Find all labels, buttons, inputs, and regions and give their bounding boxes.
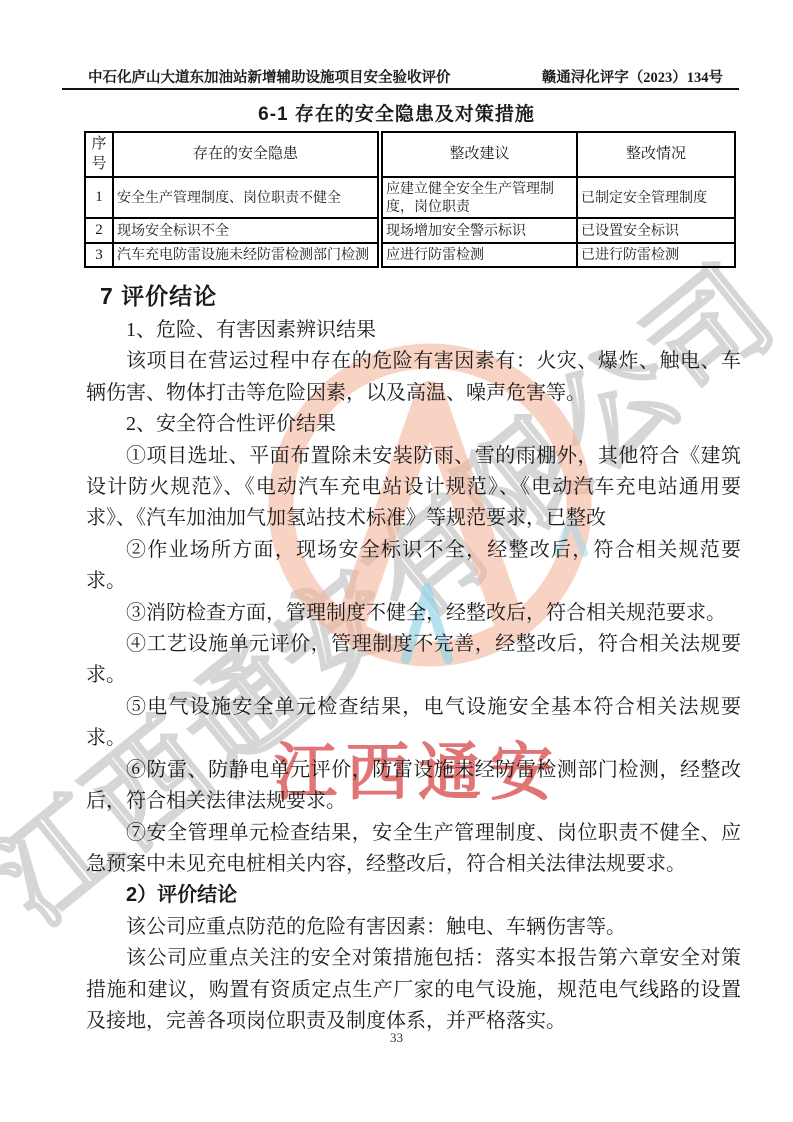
paragraph: 2）评价结论 xyxy=(86,880,741,911)
paragraph: ②作业场所方面，现场安全标识不全，经整改后，符合相关规范要求。 xyxy=(86,535,741,598)
col-header-index: 序号 xyxy=(85,132,113,177)
table-row: 3 汽车充电防雷设施未经防雷检测部门检测 应进行防雷检测 已进行防雷检测 xyxy=(85,243,735,267)
row-index: 2 xyxy=(85,218,113,242)
row-status: 已设置安全标识 xyxy=(577,218,735,242)
paragraph: 该公司应重点防范的危险有害因素：触电、车辆伤害等。 xyxy=(86,912,741,943)
table-row: 2 现场安全标识不全 现场增加安全警示标识 已设置安全标识 xyxy=(85,218,735,242)
row-status: 已进行防雷检测 xyxy=(577,243,735,267)
row-suggestion: 现场增加安全警示标识 xyxy=(380,218,577,242)
row-status: 已制定安全管理制度 xyxy=(577,177,735,219)
body-paragraphs: 1、危险、有害因素辨识结果该项目在营运过程中存在的危险有害因素有：火灾、爆炸、触… xyxy=(86,315,741,1037)
header-rule xyxy=(62,88,739,90)
paragraph: ③消防检查方面，管理制度不健全，经整改后，符合相关规范要求。 xyxy=(86,598,741,629)
col-header-hazard: 存在的安全隐患 xyxy=(113,132,380,177)
hazard-table: 序号 存在的安全隐患 整改建议 整改情况 1 安全生产管理制度、岗位职责不健全 … xyxy=(84,131,736,268)
page-header: 中石化庐山大道东加油站新增辅助设施项目安全验收评价 赣通浔化评字（2023）13… xyxy=(88,66,723,87)
paragraph: 2、安全符合性评价结果 xyxy=(86,409,741,440)
page-content: 中石化庐山大道东加油站新增辅助设施项目安全验收评价 赣通浔化评字（2023）13… xyxy=(0,0,793,1122)
row-hazard: 汽车充电防雷设施未经防雷检测部门检测 xyxy=(113,243,380,267)
header-right-doc-number: 赣通浔化评字（2023）134号 xyxy=(542,66,723,87)
col-header-suggestion: 整改建议 xyxy=(380,132,577,177)
document-page: 江西通安有限公司 江西通安 中石化庐山大道东加油站新增辅助设施项目安全验收评价 … xyxy=(0,0,793,1122)
paragraph: ⑥防雷、防静电单元评价，防雷设施未经防雷检测部门检测，经整改后，符合相关法律法规… xyxy=(86,755,741,818)
row-suggestion: 应建立健全安全生产管理制度，岗位职责 xyxy=(380,177,577,219)
row-hazard: 现场安全标识不全 xyxy=(113,218,380,242)
table-row: 1 安全生产管理制度、岗位职责不健全 应建立健全安全生产管理制度，岗位职责 已制… xyxy=(85,177,735,219)
paragraph: ①项目选址、平面布置除未安装防雨、雪的雨棚外，其他符合《建筑设计防火规范》、《电… xyxy=(86,441,741,535)
row-suggestion: 应进行防雷检测 xyxy=(380,243,577,267)
paragraph: 该项目在营运过程中存在的危险有害因素有：火灾、爆炸、触电、车辆伤害、物体打击等危… xyxy=(86,346,741,409)
section-heading: 7 评价结论 xyxy=(100,278,217,311)
page-number: 33 xyxy=(0,1030,793,1046)
paragraph: 该公司应重点关注的安全对策措施包括：落实本报告第六章安全对策措施和建议，购置有资… xyxy=(86,943,741,1037)
row-index: 1 xyxy=(85,177,113,219)
paragraph: ⑦安全管理单元检查结果，安全生产管理制度、岗位职责不健全、应急预案中未见充电桩相… xyxy=(86,818,741,881)
table-header-row: 序号 存在的安全隐患 整改建议 整改情况 xyxy=(85,132,735,177)
row-hazard: 安全生产管理制度、岗位职责不健全 xyxy=(113,177,380,219)
paragraph: ⑤电气设施安全单元检查结果，电气设施安全基本符合相关法规要求。 xyxy=(86,692,741,755)
row-index: 3 xyxy=(85,243,113,267)
table-title: 6-1 存在的安全隐患及对策措施 xyxy=(0,99,793,126)
paragraph: 1、危险、有害因素辨识结果 xyxy=(86,315,741,346)
paragraph: ④工艺设施单元评价，管理制度不完善，经整改后，符合相关法规要求。 xyxy=(86,629,741,692)
col-header-status: 整改情况 xyxy=(577,132,735,177)
header-left-title: 中石化庐山大道东加油站新增辅助设施项目安全验收评价 xyxy=(88,66,451,87)
